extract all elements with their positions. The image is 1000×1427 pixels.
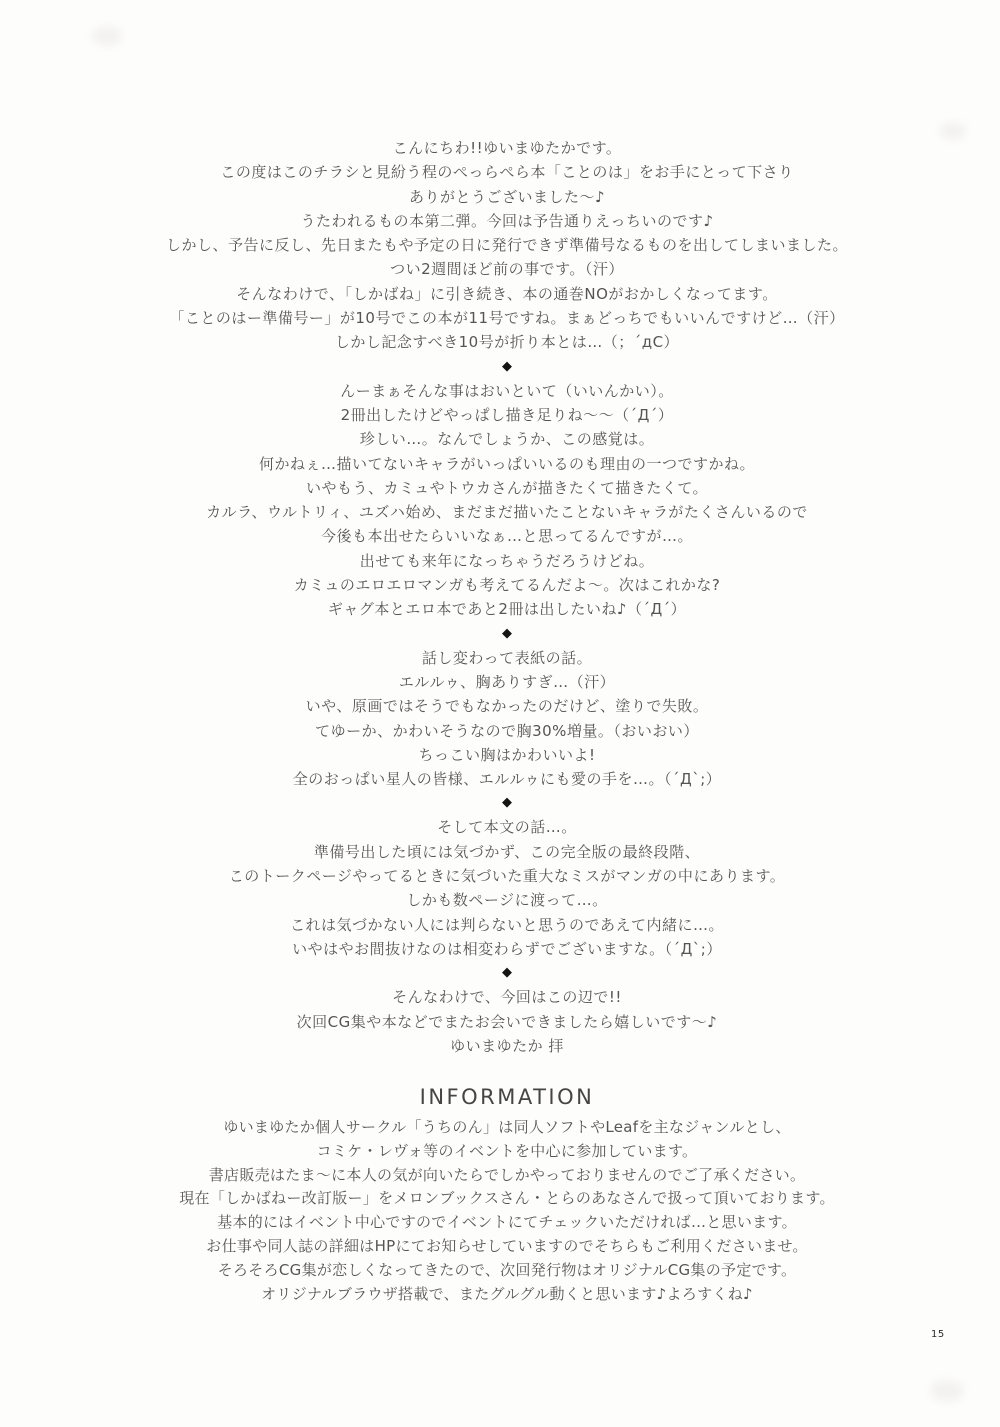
afterword-line: しかし記念すべき10号が折り本とは…（；´дC） xyxy=(14,330,1000,354)
afterword-line: 準備号出した頃には気づかず、この完全版の最終段階、 xyxy=(14,840,1000,864)
afterword-line: 2冊出したけどやっぱし描き足りね～～（´Д´） xyxy=(14,403,1000,427)
afterword-line: これは気づかない人には判らないと思うのであえて内緒に…。 xyxy=(14,913,1000,937)
afterword-line: 「ことのはー準備号ー」が10号でこの本が11号ですね。まぁどっちでもいいんですけ… xyxy=(14,306,1000,330)
afterword-line: そんなわけで、「しかばね」に引き続き、本の通巻NOがおかしくなってます。 xyxy=(14,282,1000,306)
section-separator-diamond-icon: ◆ xyxy=(14,355,1000,379)
afterword-line: 次回CG集や本などでまたお会いできましたら嬉しいです～♪ xyxy=(14,1010,1000,1034)
information-section: INFORMATION ゆいまゆたか個人サークル「うちのん」は同人ソフトやLea… xyxy=(0,1082,1000,1306)
afterword-line: いやはやお間抜けなのは相変わらずでございますな。（´Д`;） xyxy=(14,937,1000,961)
afterword-line: てゆーか、かわいそうなので胸30%増量。（おいおい） xyxy=(14,719,1000,743)
afterword-line: そして本文の話…。 xyxy=(14,815,1000,839)
afterword-line: 全のおっぱい星人の皆様、エルルゥにも愛の手を…。（´Д`;） xyxy=(14,767,1000,791)
afterword-line: カルラ、ウルトリィ、ユズハ始め、まだまだ描いたことないキャラがたくさんいるので xyxy=(14,500,1000,524)
afterword-line: いやもう、カミュやトウカさんが描きたくて描きたくて。 xyxy=(14,476,1000,500)
information-line: 現在「しかばねー改訂版ー」をメロンブックスさん・とらのあなさんで扱って頂いており… xyxy=(14,1187,1000,1211)
afterword-line: いや、原画ではそうでもなかったのだけど、塗りで失敗。 xyxy=(14,694,1000,718)
afterword-line: このトークページやってるときに気づいた重大なミスがマンガの中にあります。 xyxy=(14,864,1000,888)
section-separator-diamond-icon: ◆ xyxy=(14,622,1000,646)
afterword-line: しかし、予告に反し、先日またもや予定の日に発行できず準備号なるものを出してしまい… xyxy=(14,233,1000,257)
information-line: コミケ・レヴォ等のイベントを中心に参加しています。 xyxy=(14,1140,1000,1164)
information-line: 基本的にはイベント中心ですのでイベントにてチェックいただければ…と思います。 xyxy=(14,1211,1000,1235)
afterword-line: エルルゥ、胸ありすぎ…（汗） xyxy=(14,670,1000,694)
scanned-afterword-page: こんにちわ!!ゆいまゆたかです。この度はこのチラシと見紛う程のぺっらぺら本「こと… xyxy=(0,0,1000,1427)
afterword-line: この度はこのチラシと見紛う程のぺっらぺら本「ことのは」をお手にとって下さり xyxy=(14,160,1000,184)
afterword-text: こんにちわ!!ゆいまゆたかです。この度はこのチラシと見紛う程のぺっらぺら本「こと… xyxy=(0,136,1000,1058)
afterword-line: カミュのエロエロマンガも考えてるんだよ～。次はこれかな? xyxy=(14,573,1000,597)
information-lines: ゆいまゆたか個人サークル「うちのん」は同人ソフトやLeafを主なジャンルとし、コ… xyxy=(14,1116,1000,1306)
section-separator-diamond-icon: ◆ xyxy=(14,791,1000,815)
information-line: ゆいまゆたか個人サークル「うちのん」は同人ソフトやLeafを主なジャンルとし、 xyxy=(14,1116,1000,1140)
information-line: 書店販売はたま～に本人の気が向いたらでしかやっておりませんのでご了承ください。 xyxy=(14,1164,1000,1188)
afterword-line: ギャグ本とエロ本であと2冊は出したいね♪（´Д´） xyxy=(14,597,1000,621)
information-heading: INFORMATION xyxy=(14,1082,1000,1112)
afterword-line: ありがとうございました～♪ xyxy=(14,185,1000,209)
section-separator-diamond-icon: ◆ xyxy=(14,961,1000,985)
information-line: お仕事や同人誌の詳細はHPにてお知らせしていますのでそちらもご利用くださいませ。 xyxy=(14,1235,1000,1259)
scan-smudge xyxy=(930,1380,964,1402)
information-line: そろそろCG集が恋しくなってきたので、次回発行物はオリジナルCG集の予定です。 xyxy=(14,1259,1000,1283)
afterword-line: んーまぁそんな事はおいといて（いいんかい）。 xyxy=(14,379,1000,403)
afterword-line: 珍しい…。なんでしょうか、この感覚は。 xyxy=(14,427,1000,451)
afterword-line: そんなわけで、今回はこの辺で!! xyxy=(14,985,1000,1009)
afterword-line: 出せても来年になっちゃうだろうけどね。 xyxy=(14,549,1000,573)
afterword-line: 話し変わって表紙の話。 xyxy=(14,646,1000,670)
page-number: 15 xyxy=(931,1329,945,1340)
afterword-line: ちっこい胸はかわいいよ! xyxy=(14,743,1000,767)
afterword-line: つい2週間ほど前の事です。（汗） xyxy=(14,257,1000,281)
afterword-line: しかも数ページに渡って…。 xyxy=(14,888,1000,912)
afterword-line: 何かねぇ…描いてないキャラがいっぱいいるのも理由の一つですかね。 xyxy=(14,452,1000,476)
scan-smudge xyxy=(92,26,122,46)
afterword-line: 今後も本出せたらいいなぁ…と思ってるんですが…。 xyxy=(14,524,1000,548)
afterword-line: ゆいまゆたか 拝 xyxy=(14,1034,1000,1058)
information-line: オリジナルブラウザ搭載で、またグルグル動くと思います♪よろすくね♪ xyxy=(14,1283,1000,1307)
afterword-line: こんにちわ!!ゆいまゆたかです。 xyxy=(14,136,1000,160)
afterword-line: うたわれるもの本第二弾。今回は予告通りえっちいのです♪ xyxy=(14,209,1000,233)
